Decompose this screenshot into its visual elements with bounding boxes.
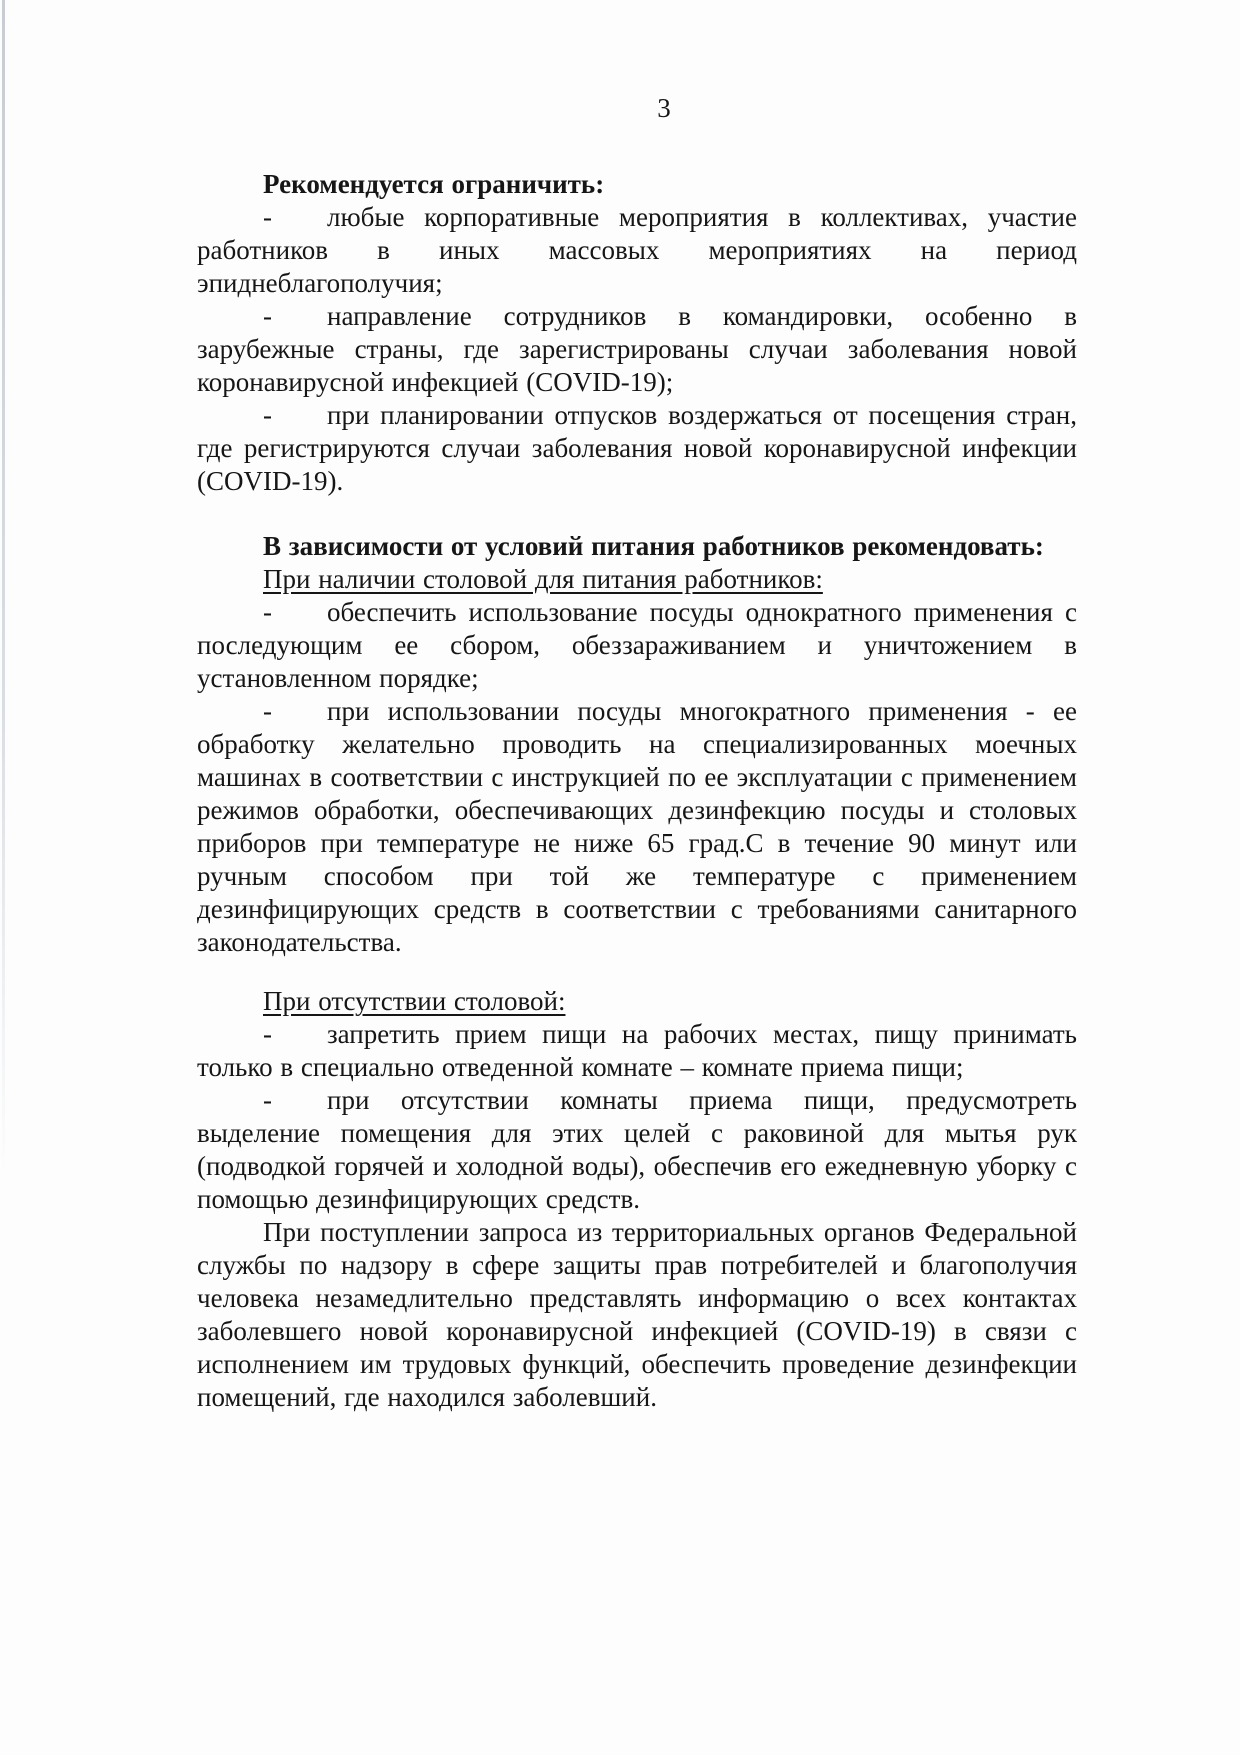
list-item-text: запретить прием пищи на рабочих местах, … — [197, 1019, 1077, 1082]
document-page: 3 Рекомендуется ограничить: -любые корпо… — [197, 92, 1077, 1414]
subheading-canteen: При наличии столовой для питания работни… — [197, 563, 1077, 596]
list-item-text: при использовании посуды многократного п… — [197, 696, 1077, 957]
list-dash: - — [263, 696, 272, 726]
scan-edge-artifact — [2, 0, 5, 1180]
subheading-no-canteen-text: При отсутствии столовой: — [263, 986, 565, 1016]
list-dash: - — [263, 1019, 272, 1049]
list-item: -при планировании отпусков воздержаться … — [197, 399, 1077, 498]
section-heading-meals: В зависимости от условий питания работни… — [197, 530, 1077, 563]
list-item-text: при отсутствии комнаты приема пищи, пред… — [197, 1085, 1077, 1214]
list-item: -направление сотрудников в командировки,… — [197, 300, 1077, 399]
subheading-canteen-text: При наличии столовой для питания работни… — [263, 564, 823, 594]
list-item-text: обеспечить использование посуды однократ… — [197, 597, 1077, 693]
closing-paragraph: При поступлении запроса из территориальн… — [197, 1216, 1077, 1414]
list-item: -любые корпоративные мероприятия в колле… — [197, 201, 1077, 300]
list-item-text: любые корпоративные мероприятия в коллек… — [197, 202, 1077, 298]
list-item: -обеспечить использование посуды однокра… — [197, 596, 1077, 695]
section-heading-restrict: Рекомендуется ограничить: — [197, 168, 1077, 201]
list-dash: - — [263, 597, 272, 627]
subheading-no-canteen: При отсутствии столовой: — [197, 985, 1077, 1018]
list-item-text: направление сотрудников в командировки, … — [197, 301, 1077, 397]
list-item: -при отсутствии комнаты приема пищи, пре… — [197, 1084, 1077, 1216]
list-item: -запретить прием пищи на рабочих местах,… — [197, 1018, 1077, 1084]
list-item: -при использовании посуды многократного … — [197, 695, 1077, 959]
list-item-text: при планировании отпусков воздержаться о… — [197, 400, 1077, 496]
list-dash: - — [263, 301, 272, 331]
list-dash: - — [263, 400, 272, 430]
list-dash: - — [263, 1085, 272, 1115]
page-number: 3 — [224, 92, 1104, 125]
list-dash: - — [263, 202, 272, 232]
